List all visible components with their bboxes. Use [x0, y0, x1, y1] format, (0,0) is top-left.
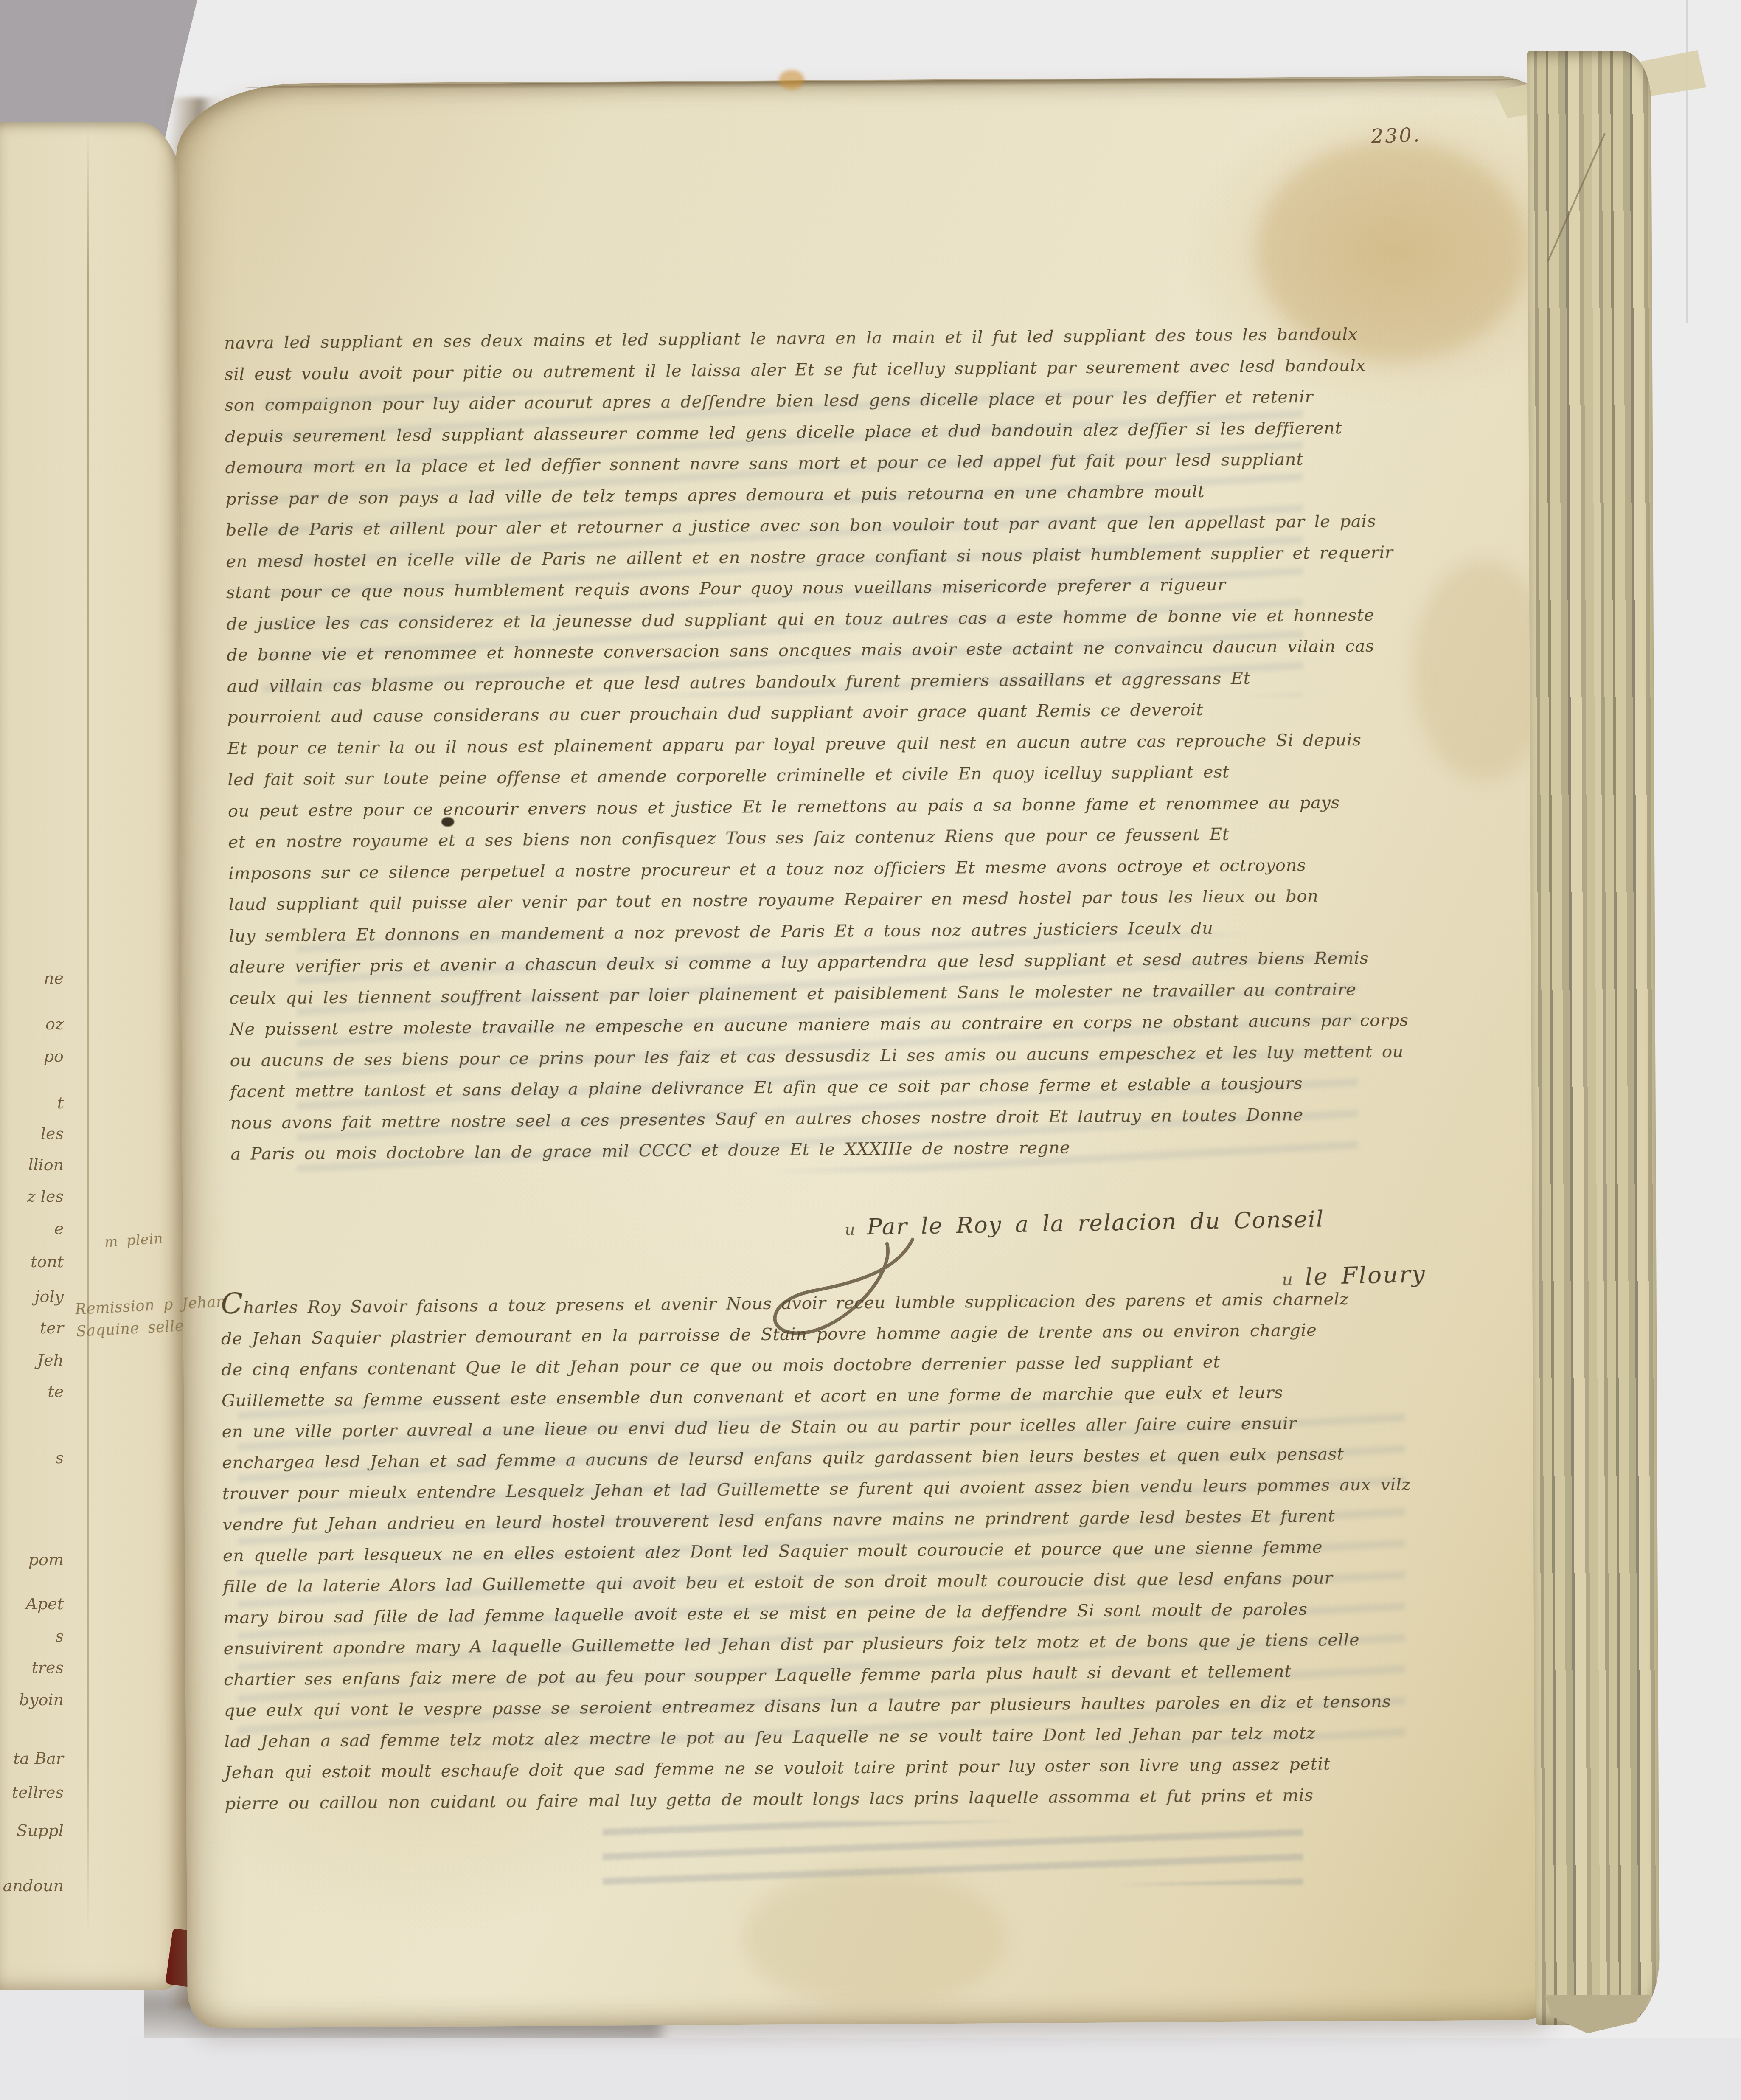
facing-page-fragment: po — [0, 1047, 64, 1065]
facing-page-fragment: tres — [0, 1658, 64, 1677]
facing-page-fragment: tellres — [0, 1783, 64, 1802]
facing-page-fragment: Suppl — [0, 1821, 64, 1840]
margin-gloss-remission: Remission p JehanSaquine selle — [75, 1291, 228, 1343]
facing-page-fragment: les — [0, 1124, 64, 1143]
facing-page-fragment: joly — [0, 1287, 64, 1306]
facing-page-fragment: ne — [0, 969, 64, 987]
notary-mark: u — [845, 1220, 856, 1239]
facing-page-fragment: pom — [0, 1550, 64, 1569]
parchment-stain — [743, 1868, 1006, 2008]
facing-page-fragment: andoun — [0, 1876, 64, 1895]
facing-page-fragment: llion — [0, 1155, 64, 1174]
facing-page-fragment: ter — [0, 1318, 64, 1337]
facing-page-fragment: s — [0, 1627, 64, 1645]
ink-offset-mirror-text — [603, 1821, 1303, 1885]
backdrop-card-seam — [1686, 0, 1688, 323]
page-stack-fore-edge — [1527, 51, 1660, 2025]
parchment-stain-dot — [779, 70, 804, 90]
facing-page-fragment: s — [0, 1448, 64, 1467]
facing-page-fragment: Jeh — [0, 1351, 64, 1369]
page-stack-bottom-corner — [1545, 1995, 1651, 2033]
facing-page-fore-edge-line — [87, 127, 89, 1936]
facing-page-fragment: tont — [0, 1252, 64, 1271]
facing-page-fragment: t — [0, 1094, 64, 1112]
manuscript-photograph: 230. navra led suppliant en ses deux mai… — [0, 0, 1741, 2100]
facing-page-fragment: e — [0, 1219, 64, 1238]
facing-page-fragment: z les — [0, 1187, 64, 1206]
facing-page-fragment: byoin — [0, 1690, 64, 1709]
facing-page-fragment: ta Bar — [0, 1749, 64, 1768]
facing-page-fragment: te — [0, 1382, 64, 1401]
backdrop-bottom — [127, 2038, 1741, 2100]
facing-page-fragment: Apet — [0, 1594, 64, 1613]
letter1-text-block: navra led suppliant en ses deux mains et… — [224, 318, 1461, 1170]
facing-page-fragment: oz — [0, 1015, 64, 1033]
facing-page-text-fragments: neozpotlesllionz lesetontjolyterJehtespo… — [0, 0, 67, 2100]
letter2-text-block: Charles Roy Savoir faisons a touz presen… — [221, 1280, 1494, 1819]
folio-number: 230. — [1370, 123, 1421, 148]
